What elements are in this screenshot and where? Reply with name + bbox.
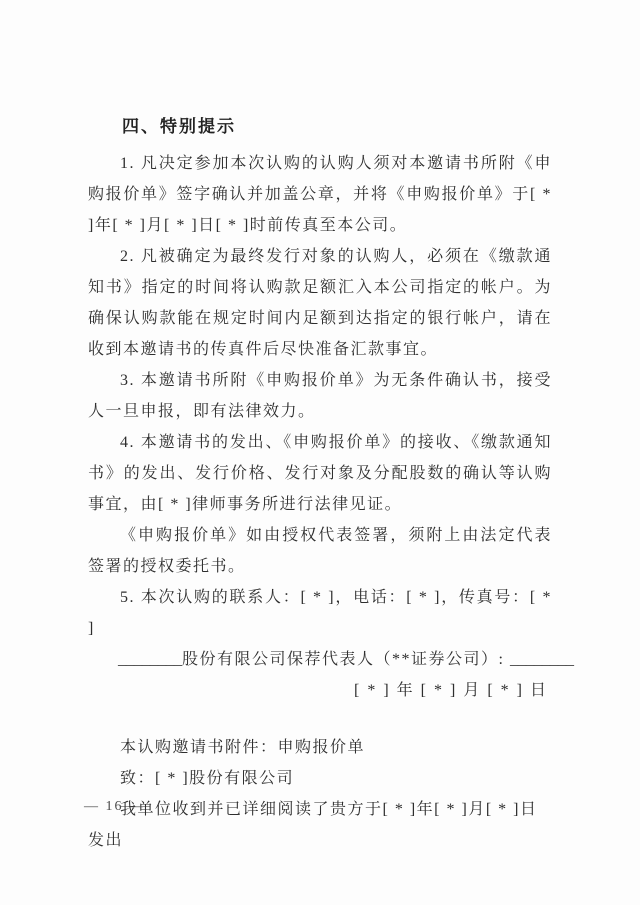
sponsor-signature-line: ________股份有限公司保荐代表人（**证券公司）: ________ [88,644,552,675]
paragraph-contact-info: 5. 本次认购的联系人：[ * ]，电话：[ * ]，传真号：[ * ] [88,582,552,644]
signature-blank-right: ________ [510,651,574,668]
addressee-line: 致：[ * ]股份有限公司 [88,763,552,794]
attachment-section: 本认购邀请书附件：申购报价单 致：[ * ]股份有限公司 我单位收到并已详细阅读… [88,732,552,856]
paragraph-fax-requirement: 1. 凡决定参加本次认购的认购人须对本邀请书所附《申购报价单》签字确认并加盖公章… [88,148,552,241]
signature-blank-left: ________ [118,651,182,668]
page-number: — 16 — [84,799,145,815]
document-content: 四、特别提示 1. 凡决定参加本次认购的认购人须对本邀请书所附《申购报价单》签字… [88,114,552,856]
attachment-line: 本认购邀请书附件：申购报价单 [88,732,552,763]
paragraph-unconditional-confirmation: 3. 本邀请书所附《申购报价单》为无条件确认书，接受人一旦申报，即有法律效力。 [88,365,552,427]
date-line: [ * ] 年 [ * ] 月 [ * ] 日 [88,675,552,706]
acknowledgement-line: 我单位收到并已详细阅读了贵方于[ * ]年[ * ]月[ * ]日发出 [88,794,552,856]
paragraph-legal-witness: 4. 本邀请书的发出、《申购报价单》的接收、《缴款通知书》的发出、发行价格、发行… [88,427,552,520]
sponsor-signature-label: 股份有限公司保荐代表人（**证券公司）: [182,651,510,668]
paragraph-authorization-letter: 《申购报价单》如由授权代表签署，须附上由法定代表签署的授权委托书。 [88,520,552,582]
section-heading: 四、特别提示 [88,114,552,140]
document-page: 四、特别提示 1. 凡决定参加本次认购的认购人须对本邀请书所附《申购报价单》签字… [0,0,640,905]
paragraph-payment-requirement: 2. 凡被确定为最终发行对象的认购人，必须在《缴款通知书》指定的时间将认购款足额… [88,241,552,365]
